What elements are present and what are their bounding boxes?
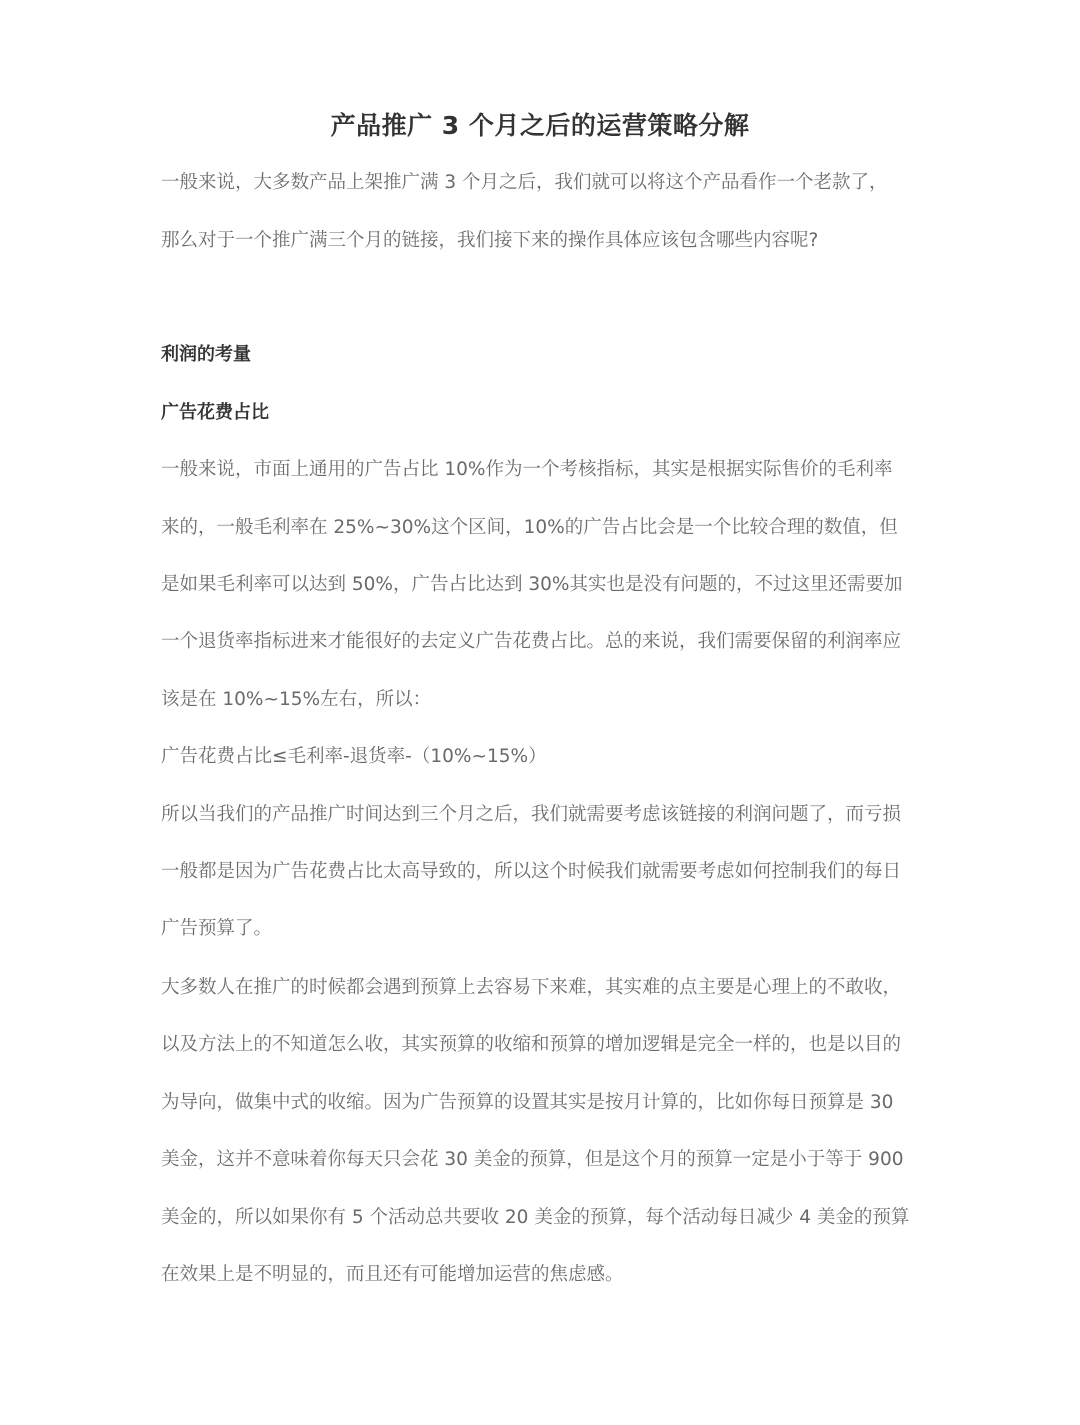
subsection-heading: 广告花费占比: [161, 398, 269, 428]
body-line: 广告预算了。: [161, 914, 941, 944]
body-line: 是如果毛利率可以达到 50%，广告占比达到 30%其实也是没有问题的，不过这里还…: [161, 570, 941, 600]
body-line: 来的，一般毛利率在 25%~30%这个区间，10%的广告占比会是一个比较合理的数…: [161, 513, 941, 543]
body-line: 美金的，所以如果你有 5 个活动总共要收 20 美金的预算，每个活动每日减少 4…: [161, 1203, 941, 1233]
section-heading: 利润的考量: [161, 340, 251, 370]
formula-line: 广告花费占比≤毛利率-退货率-（10%~15%）: [161, 742, 941, 772]
body-line: 一个退货率指标进来才能很好的去定义广告花费占比。总的来说，我们需要保留的利润率应: [161, 627, 941, 657]
body-line: 大多数人在推广的时候都会遇到预算上去容易下来难，其实难的点主要是心理上的不敢收，: [161, 973, 941, 1003]
intro-line: 那么对于一个推广满三个月的链接，我们接下来的操作具体应该包含哪些内容呢?: [161, 226, 941, 256]
body-line: 为导向，做集中式的收缩。因为广告预算的设置其实是按月计算的，比如你每日预算是 3…: [161, 1088, 941, 1118]
document-page: 产品推广 3 个月之后的运营策略分解 一般来说，大多数产品上架推广满 3 个月之…: [0, 0, 1080, 1425]
body-line: 一般都是因为广告花费占比太高导致的，所以这个时候我们就需要考虑如何控制我们的每日: [161, 857, 941, 887]
body-line: 一般来说，市面上通用的广告占比 10%作为一个考核指标，其实是根据实际售价的毛利…: [161, 455, 941, 485]
body-line: 该是在 10%~15%左右，所以：: [161, 685, 941, 715]
body-line: 美金，这并不意味着你每天只会花 30 美金的预算，但是这个月的预算一定是小于等于…: [161, 1145, 941, 1175]
document-title: 产品推广 3 个月之后的运营策略分解: [0, 106, 1080, 146]
body-line: 所以当我们的产品推广时间达到三个月之后，我们就需要考虑该链接的利润问题了，而亏损: [161, 800, 941, 830]
body-line: 在效果上是不明显的，而且还有可能增加运营的焦虑感。: [161, 1260, 941, 1290]
intro-line: 一般来说，大多数产品上架推广满 3 个月之后，我们就可以将这个产品看作一个老款了…: [161, 168, 941, 198]
body-line: 以及方法上的不知道怎么收，其实预算的收缩和预算的增加逻辑是完全一样的，也是以目的: [161, 1030, 941, 1060]
